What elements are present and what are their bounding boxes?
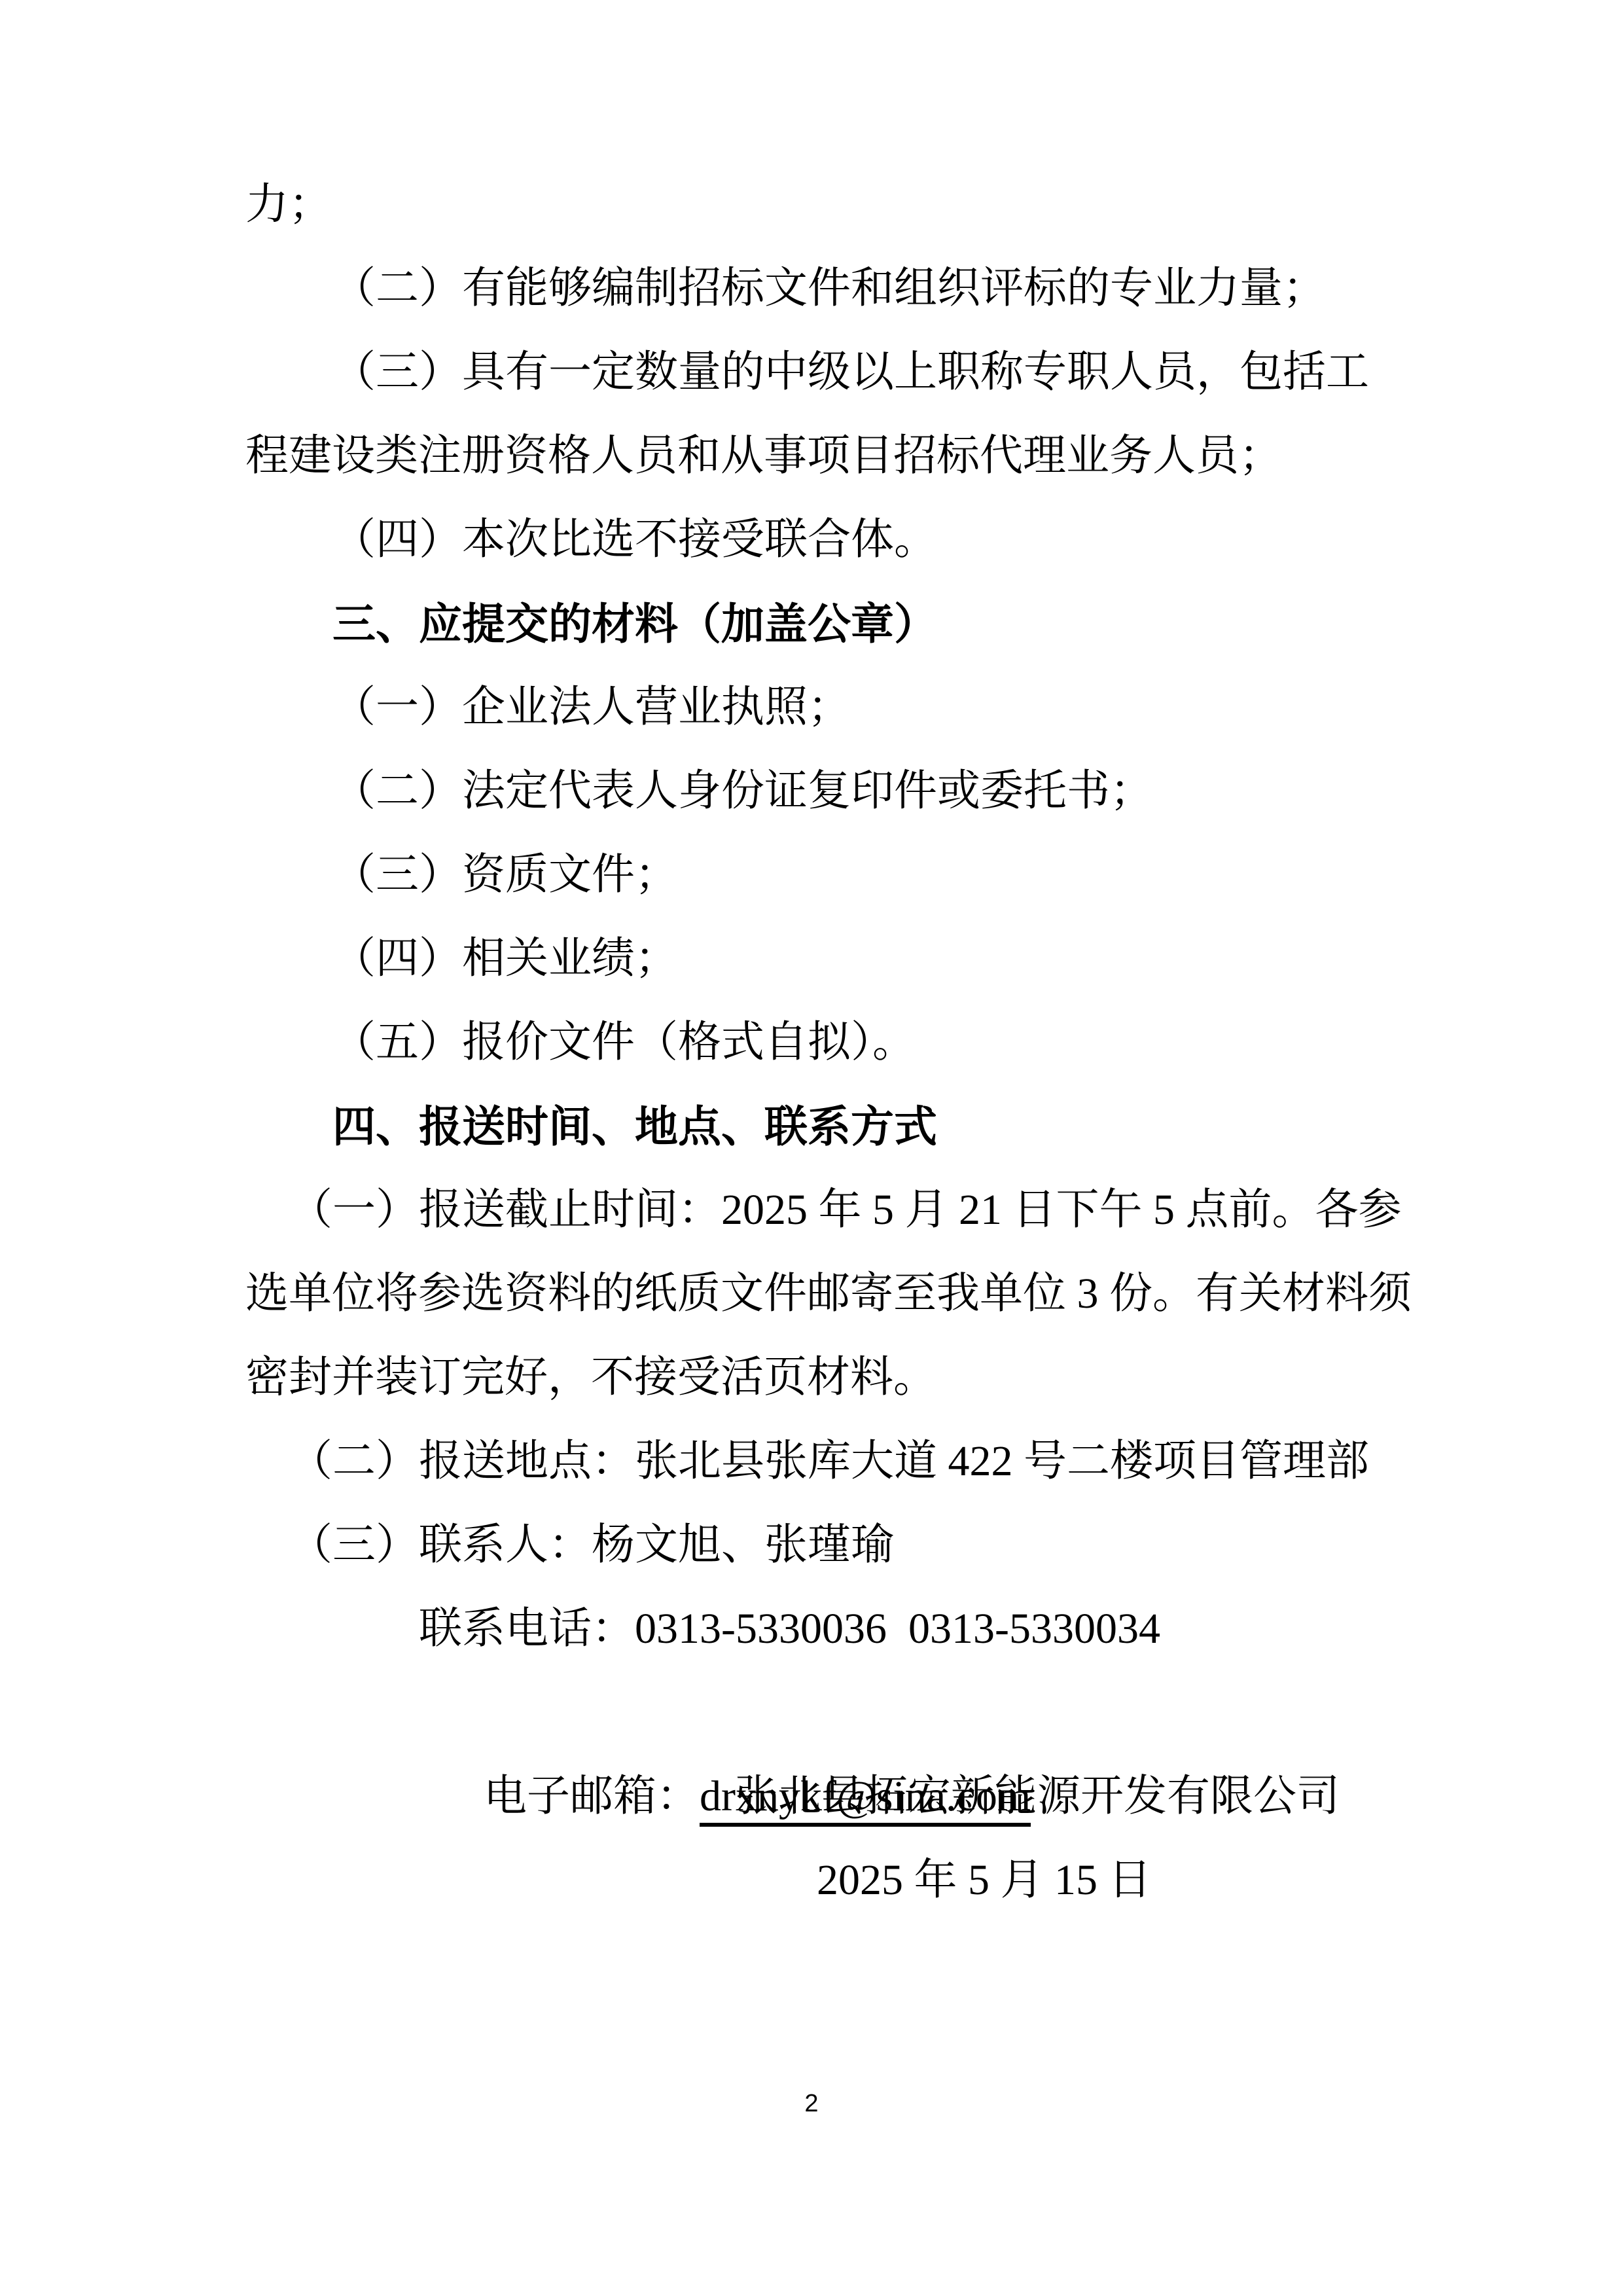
document-page: 力； （二）有能够编制招标文件和组织评标的专业力量； （三）具有一定数量的中级以… xyxy=(0,0,1623,2296)
contact-email-line: 电子邮箱：drxnykf@sina.com xyxy=(419,1671,1378,1755)
section-heading-3: 三、应提交的材料（加盖公章） xyxy=(332,582,1378,666)
body-line-item-2-4: （四）本次比选不接受联合体。 xyxy=(332,498,1378,582)
page-number: 2 xyxy=(0,2089,1623,2118)
body-line-item-4-1-wrap-b: 密封并装订完好，不接受活页材料。 xyxy=(245,1336,1378,1420)
body-line-item-4-1-wrap-a: 选单位将参选资料的纸质文件邮寄至我单位 3 份。有关材料须 xyxy=(245,1252,1378,1336)
signature-date: 2025 年 5 月 15 日 xyxy=(817,1839,1378,1922)
body-line-item-2-2: （二）有能够编制招标文件和组织评标的专业力量； xyxy=(332,247,1378,331)
body-line-item-3-3: （三）资质文件； xyxy=(332,833,1378,917)
section-heading-4: 四、报送时间、地点、联系方式 xyxy=(332,1085,1378,1168)
body-line-item-4-1: （一）报送截止时间：2025 年 5 月 21 日下午 5 点前。各参 xyxy=(289,1168,1378,1252)
body-line-item-4-3: （三）联系人：杨文旭、张瑾瑜 xyxy=(289,1503,1378,1587)
body-line-item-3-1: （一）企业法人营业执照； xyxy=(332,666,1378,749)
body-line-item-2-3-wrap: 程建设类注册资格人员和从事项目招标代理业务人员； xyxy=(245,414,1378,498)
body-line-item-3-2: （二）法定代表人身份证复印件或委托书； xyxy=(332,749,1378,833)
document-body: 力； （二）有能够编制招标文件和组织评标的专业力量； （三）具有一定数量的中级以… xyxy=(245,163,1378,1922)
contact-phone-line: 联系电话：0313-5330036 0313-5330034 xyxy=(419,1587,1378,1671)
signature-company: 张北县拓宏新能源开发有限公司 xyxy=(735,1755,1378,1839)
email-label: 电子邮箱： xyxy=(484,1772,700,1820)
body-line-item-4-2: （二）报送地点：张北县张库大道 422 号二楼项目管理部 xyxy=(289,1420,1378,1503)
body-line-item-2-3: （三）具有一定数量的中级以上职称专职人员，包括工 xyxy=(332,331,1378,414)
body-line-item-3-5: （五）报价文件（格式自拟）。 xyxy=(332,1001,1378,1085)
body-line-continuation: 力； xyxy=(245,163,1378,247)
body-line-item-3-4: （四）相关业绩； xyxy=(332,917,1378,1001)
